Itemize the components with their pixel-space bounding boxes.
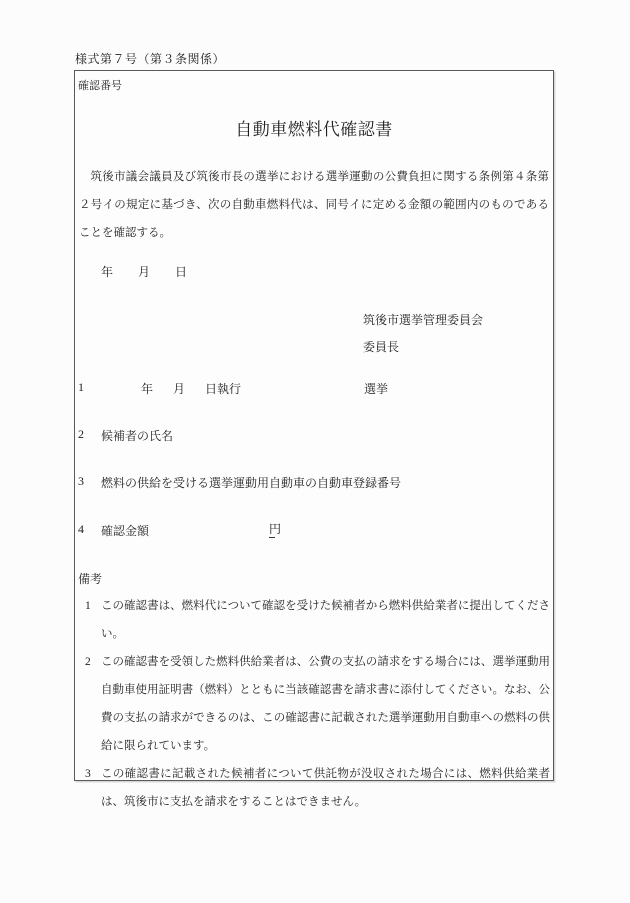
item-number: 4 xyxy=(78,522,84,537)
yen-unit-label: 円 xyxy=(269,520,281,537)
date-year-label: 年 xyxy=(101,265,113,279)
item-number: 2 xyxy=(78,427,84,442)
issue-date-line: 年 月 日 xyxy=(101,263,187,280)
date-day-label: 日 xyxy=(175,265,187,279)
confirmed-amount-label: 確認金額 xyxy=(101,522,149,539)
item-vehicle-registration: 3 燃料の供給を受ける選挙運動用自動車の自動車登録番号 xyxy=(75,474,553,492)
form-number-label: 様式第７号（第３条関係） xyxy=(75,50,225,67)
remark-item: 1 この確認書は、燃料代について確認を受けた候補者から燃料供給業者に提出してくだ… xyxy=(85,592,550,648)
vehicle-registration-label: 燃料の供給を受ける選挙運動用自動車の自動車登録番号 xyxy=(101,474,401,491)
issuer-organization: 筑後市選挙管理委員会 xyxy=(363,307,483,334)
election-month-label: 月 xyxy=(173,380,185,397)
document-frame: 確認番号 自動車燃料代確認書 筑後市議会議員及び筑後市長の選挙における選挙運動の… xyxy=(74,70,554,781)
issuer-block: 筑後市選挙管理委員会 委員長 xyxy=(363,307,483,361)
document-title: 自動車燃料代確認書 xyxy=(75,115,553,140)
remarks-list: 1 この確認書は、燃料代について確認を受けた候補者から燃料供給業者に提出してくだ… xyxy=(85,592,550,816)
item-candidate-name: 2 候補者の氏名 xyxy=(75,427,553,445)
amount-underline: 円 xyxy=(269,520,275,538)
item-number: 3 xyxy=(78,474,84,489)
election-day-executed-label: 日執行 xyxy=(205,380,241,397)
date-month-label: 月 xyxy=(138,265,150,279)
remark-number: 3 xyxy=(85,760,101,788)
issuer-chairperson: 委員長 xyxy=(363,334,483,361)
remark-text: この確認書に記載された候補者について供託物が没収された場合には、燃料供給業者は、… xyxy=(101,760,550,816)
election-year-label: 年 xyxy=(141,380,153,397)
remark-text: この確認書を受領した燃料供給業者は、公費の支払の請求をする場合には、選挙運動用自… xyxy=(101,648,550,760)
election-suffix-label: 選挙 xyxy=(364,380,388,397)
item-number: 1 xyxy=(78,380,84,395)
candidate-name-label: 候補者の氏名 xyxy=(101,427,173,444)
remark-item: 3 この確認書に記載された候補者について供託物が没収された場合には、燃料供給業者… xyxy=(85,760,550,816)
remark-number: 2 xyxy=(85,648,101,676)
confirmation-number-label: 確認番号 xyxy=(78,77,122,93)
item-election-date: 1 年 月 日執行 選挙 xyxy=(75,380,553,398)
remarks-heading: 備考 xyxy=(78,570,102,587)
remark-number: 1 xyxy=(85,592,101,620)
remark-text: この確認書は、燃料代について確認を受けた候補者から燃料供給業者に提出してください… xyxy=(101,592,550,648)
body-paragraph: 筑後市議会議員及び筑後市長の選挙における選挙運動の公費負担に関する条例第４条第２… xyxy=(79,163,549,247)
remark-item: 2 この確認書を受領した燃料供給業者は、公費の支払の請求をする場合には、選挙運動… xyxy=(85,648,550,760)
item-confirmed-amount: 4 確認金額 円 xyxy=(75,522,553,540)
